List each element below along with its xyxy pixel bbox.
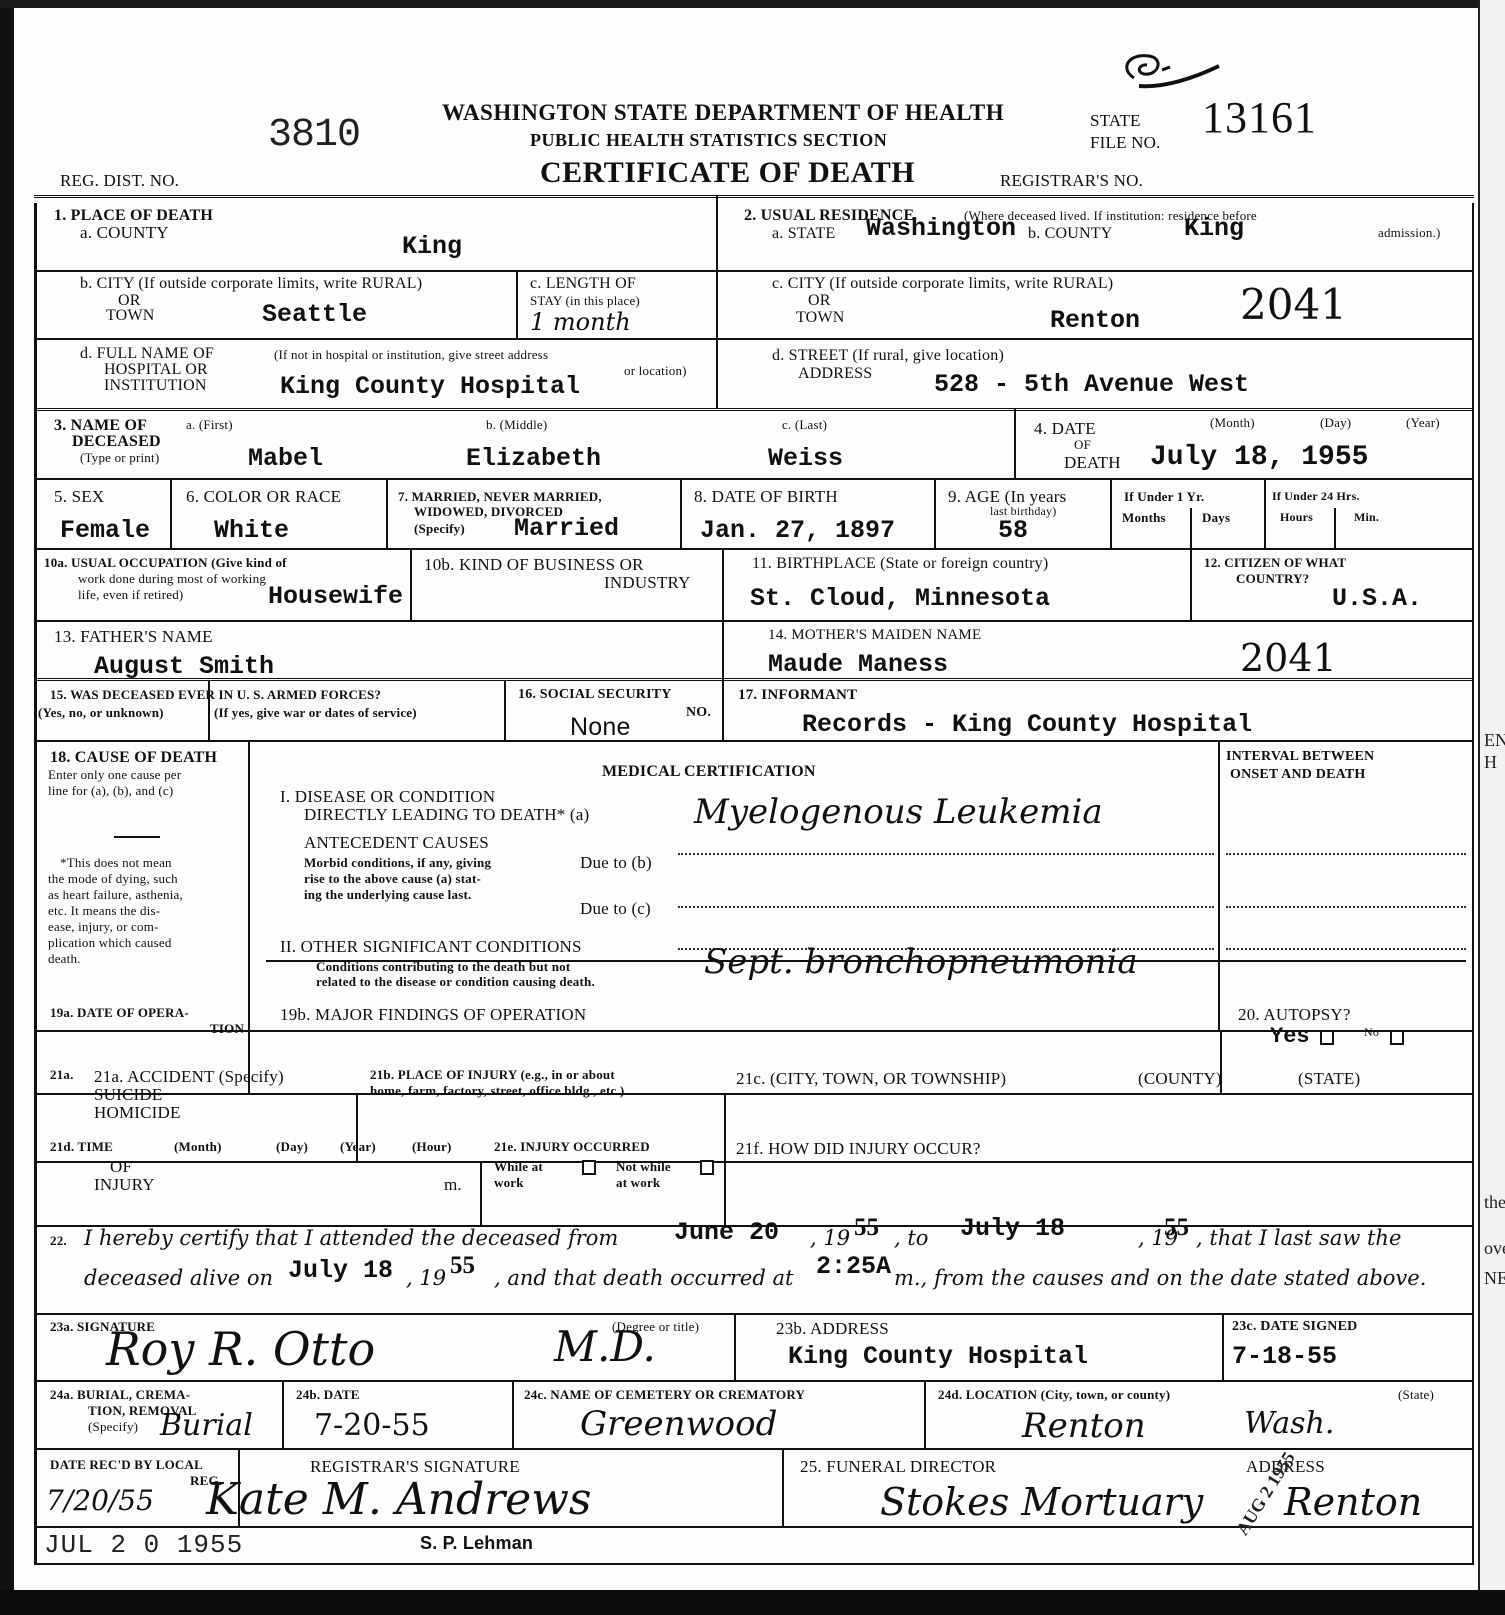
citizen-label-1: 12. CITIZEN OF WHAT <box>1204 556 1346 570</box>
divider <box>34 195 1474 198</box>
city-label: b. CITY (If outside corporate limits, wr… <box>80 276 422 293</box>
ssn-label-1: 16. SOCIAL SECURITY <box>518 688 672 703</box>
section-title: PUBLIC HEALTH STATISTICS SECTION <box>530 130 887 151</box>
age: 58 <box>998 516 1028 545</box>
cause-note-2: the mode of dying, such <box>48 872 178 886</box>
divider <box>114 836 160 838</box>
under-24hrs-label: If Under 24 Hrs. <box>1272 490 1360 503</box>
death-certificate: 3810 REG. DIST. NO. WASHINGTON STATE DEP… <box>14 8 1478 1590</box>
cause-label: 18. CAUSE OF DEATH <box>50 750 217 767</box>
alive-date: July 18 <box>288 1256 393 1285</box>
divider <box>1110 478 1112 548</box>
autopsy-label: 20. AUTOPSY? <box>1238 1006 1351 1024</box>
autopsy-no-label: No <box>1364 1026 1379 1039</box>
divider <box>782 1448 784 1526</box>
name-label-2: DECEASED <box>72 434 161 451</box>
dod-year-label: (Year) <box>1406 416 1440 430</box>
funeral-address: Renton <box>1284 1480 1422 1524</box>
race-label: 6. COLOR OR RACE <box>186 488 341 506</box>
citizenship: U.S.A. <box>1332 584 1422 613</box>
interval-label-2: ONSET AND DEATH <box>1230 768 1366 783</box>
days-label: Days <box>1202 511 1230 525</box>
divider <box>170 478 172 548</box>
not-while-label: Not while <box>616 1160 671 1174</box>
not-while-work-label: at work <box>616 1176 660 1190</box>
alive-year-prefix: , 19 <box>406 1266 446 1290</box>
cause-note-4: etc. It means the dis- <box>48 904 160 918</box>
marital-label-1: 7. MARRIED, NEVER MARRIED, <box>398 490 602 504</box>
divider <box>722 548 724 740</box>
other-conditions: Sept. bronchopneumonia <box>704 942 1138 982</box>
injury-type-label-3: HOMICIDE <box>94 1104 181 1122</box>
file-no-label: FILE NO. <box>1090 134 1161 152</box>
interval-label-1: INTERVAL BETWEEN <box>1226 750 1374 765</box>
city-town: TOWN <box>106 308 155 325</box>
ssn-value: None <box>570 714 631 740</box>
received-date-stamp: JUL 2 0 1955 <box>44 1530 243 1560</box>
middle-name-label: b. (Middle) <box>486 418 547 432</box>
informant-label: 17. INFORMANT <box>738 688 857 704</box>
divider <box>512 1380 514 1448</box>
divider <box>724 1093 726 1225</box>
divider <box>34 1526 1474 1528</box>
divider <box>34 478 1474 480</box>
injury-type-label-1: 21a. ACCIDENT (Specify) <box>94 1068 284 1086</box>
certify-text-4: , and that death occurred at <box>494 1266 793 1290</box>
stay-label-2: STAY (in this place) <box>530 294 640 308</box>
antecedent-2: rise to the above cause (a) stat- <box>304 872 481 886</box>
residence-city-code: 2041 <box>1240 280 1347 329</box>
attended-to-year: 55 <box>1164 1214 1189 1242</box>
residence-county-label: b. COUNTY <box>1028 226 1112 243</box>
father-label: 13. FATHER'S NAME <box>54 628 213 646</box>
interval-b-line <box>1226 906 1466 908</box>
divider <box>34 740 1474 742</box>
dob-label: 8. DATE OF BIRTH <box>694 488 838 506</box>
stay-label: c. LENGTH OF <box>530 276 636 293</box>
physician-signature: Roy R. Otto <box>106 1322 375 1376</box>
cemetery-name: Greenwood <box>580 1404 777 1444</box>
while-at-work-checkbox[interactable] <box>582 1160 596 1175</box>
reg-dist-no-value: 3810 <box>268 113 360 158</box>
divider <box>34 338 1474 340</box>
name-label-3: (Type or print) <box>80 451 159 465</box>
residence-note-2: admission.) <box>1378 226 1441 240</box>
antecedent-label: ANTECEDENT CAUSES <box>304 834 489 852</box>
divider <box>34 1448 1474 1450</box>
injury-place-label-2: home, farm, factory, street, office bldg… <box>370 1084 624 1098</box>
injury-time-label-2: OF <box>110 1158 132 1176</box>
divider <box>1190 548 1192 620</box>
divider <box>34 1161 1474 1163</box>
burial-method: Burial <box>160 1408 253 1443</box>
hospital-note-1: (If not in hospital or institution, give… <box>274 348 548 362</box>
injury-time-label-3: INJURY <box>94 1176 155 1194</box>
sex: Female <box>60 516 150 545</box>
date-received: 7/20/55 <box>46 1484 154 1517</box>
attended-from-date: June 20 <box>674 1218 779 1247</box>
length-of-stay: 1 month <box>530 308 631 336</box>
race: White <box>214 516 289 545</box>
hours-label: Hours <box>1280 511 1313 524</box>
residence-state-label: a. STATE <box>772 226 835 243</box>
dod-label-2: OF <box>1074 438 1091 452</box>
injury-year-label: (Year) <box>340 1140 376 1154</box>
due-to-b-label: Due to (b) <box>580 854 652 872</box>
street-address: 528 - 5th Avenue West <box>934 370 1249 399</box>
cause-instr-2: line for (a), (b), and (c) <box>48 784 173 798</box>
first-name-label: a. (First) <box>186 418 233 432</box>
divider <box>1334 508 1336 548</box>
min-label: Min. <box>1354 511 1379 524</box>
hospital-label-3: INSTITUTION <box>104 378 207 395</box>
dod-label-1: 4. DATE <box>1034 420 1096 438</box>
operation-date-label-1: 19a. DATE OF OPERA- <box>50 1006 189 1020</box>
reg-dist-no-label: REG. DIST. NO. <box>60 172 179 190</box>
dod-day-label: (Day) <box>1320 416 1351 430</box>
divider <box>282 1380 284 1448</box>
part2-sub-2: related to the disease or condition caus… <box>316 975 595 989</box>
injury-day-label: (Day) <box>276 1140 308 1154</box>
margin-fragment: the <box>1484 1192 1505 1213</box>
margin-fragment: H <box>1484 752 1497 773</box>
occupation: Housewife <box>268 582 403 611</box>
dod-label-3: DEATH <box>1064 454 1121 472</box>
injury-state-label: (STATE) <box>1298 1070 1360 1088</box>
divider <box>934 478 936 548</box>
hospital-note-2: or location) <box>624 364 687 378</box>
autopsy-yes-label: Yes <box>1270 1024 1310 1049</box>
business-label-2: INDUSTRY <box>604 574 691 592</box>
divider <box>1264 478 1266 548</box>
certify-text-3: deceased alive on <box>84 1266 273 1290</box>
injury-time-label-1: 21d. TIME <box>50 1140 113 1154</box>
divider <box>34 1380 1474 1382</box>
certify-text-5: m., from the causes and on the date stat… <box>894 1266 1426 1290</box>
divider <box>34 1313 1474 1315</box>
marital-status: Married <box>514 514 619 543</box>
cause-note-3: as heart failure, asthenia, <box>48 888 183 902</box>
mother-code: 2041 <box>1240 636 1337 680</box>
antecedent-3: ing the underlying cause last. <box>304 888 471 902</box>
death-county: King <box>402 232 462 261</box>
cert-address-label: 23b. ADDRESS <box>776 1320 889 1338</box>
father-name: August Smith <box>94 652 274 681</box>
burial-state: Wash. <box>1244 1406 1334 1441</box>
last-name-label: c. (Last) <box>782 418 827 432</box>
not-while-at-work-checkbox[interactable] <box>700 1160 714 1175</box>
injury-type-num: 21a. <box>50 1068 74 1082</box>
mother-label: 14. MOTHER'S MAIDEN NAME <box>768 628 981 644</box>
residence-city-label: c. CITY (If outside corporate limits, wr… <box>772 276 1113 293</box>
attended-to-date: July 18 <box>960 1214 1065 1243</box>
birthplace-label: 11. BIRTHPLACE (State or foreign country… <box>752 556 1048 573</box>
physician-degree: M.D. <box>554 1322 656 1371</box>
occupation-label-2: work done during most of working <box>78 572 266 586</box>
hospital-name: King County Hospital <box>280 372 580 401</box>
antecedent-1: Morbid conditions, if any, giving <box>304 856 491 870</box>
marital-label-3: (Specify) <box>414 522 465 536</box>
burial-date-label: 24b. DATE <box>296 1388 360 1402</box>
mother-name: Maude Maness <box>768 650 948 679</box>
operation-findings-label: 19b. MAJOR FINDINGS OF OPERATION <box>280 1006 586 1024</box>
dod-month-label: (Month) <box>1210 416 1255 430</box>
sex-label: 5. SEX <box>54 488 104 506</box>
date-of-birth: Jan. 27, 1897 <box>700 516 895 545</box>
injury-type-label-2: SUICIDE <box>94 1086 162 1104</box>
injury-occurred-label: 21e. INJURY OCCURRED <box>494 1140 650 1154</box>
scan-top-edge <box>0 0 1505 8</box>
cause-note-1: *This does not mean <box>60 856 172 870</box>
interval-a-line <box>1226 853 1466 855</box>
armed-sub-2: (If yes, give war or dates of service) <box>214 706 417 720</box>
while-work-label: work <box>494 1176 524 1190</box>
date-recd-label: DATE REC'D BY LOCAL <box>50 1458 203 1472</box>
divider <box>34 270 1474 272</box>
while-at-work-label: While at <box>494 1160 543 1174</box>
cause-a-line <box>678 853 1214 855</box>
alive-year: 55 <box>450 1252 475 1280</box>
divider <box>248 740 250 1030</box>
divider <box>504 680 506 740</box>
divider <box>410 548 412 620</box>
date-signed-label: 23c. DATE SIGNED <box>1232 1320 1357 1335</box>
injury-month-label: (Month) <box>174 1140 222 1154</box>
interval-c-line <box>1226 948 1466 950</box>
how-injury-label: 21f. HOW DID INJURY OCCUR? <box>736 1140 981 1158</box>
first-name: Mabel <box>248 444 323 473</box>
divider <box>1014 408 1016 478</box>
attended-from-year: 55 <box>854 1214 879 1242</box>
months-label: Months <box>1122 511 1166 525</box>
state-file-no: 13161 <box>1202 92 1317 143</box>
cause-note-5: ease, injury, or com- <box>48 920 159 934</box>
funeral-director: Stokes Mortuary <box>880 1480 1203 1524</box>
divider <box>386 478 388 548</box>
cause-note-6: plication which caused <box>48 936 172 950</box>
divider <box>516 270 518 338</box>
burial-location-label: 24d. LOCATION (City, town, or county) <box>938 1388 1170 1402</box>
registrar-signature: Kate M. Andrews <box>206 1474 591 1525</box>
injury-county-label: (COUNTY) <box>1138 1070 1222 1088</box>
armed-sub-1: (Yes, no, or unknown) <box>38 706 164 720</box>
divider <box>480 1161 482 1225</box>
armed-label: 15. WAS DECEASED EVER IN U. S. ARMED FOR… <box>50 688 381 702</box>
margin-fragment: EN <box>1484 730 1505 751</box>
citizen-label-2: COUNTRY? <box>1236 572 1309 586</box>
cause-note-7: death. <box>48 952 81 966</box>
burial-label-3: (Specify) <box>88 1420 138 1434</box>
registrars-no-label: REGISTRAR'S NO. <box>1000 172 1143 190</box>
divider <box>34 1030 1474 1032</box>
operation-date-label-2: TION <box>210 1022 244 1036</box>
divider <box>1222 1313 1224 1380</box>
divider <box>34 408 1474 411</box>
birthplace: St. Cloud, Minnesota <box>750 584 1050 613</box>
scan-bottom-edge <box>0 1590 1505 1615</box>
cause-instr-1: Enter only one cause per <box>48 768 181 782</box>
injury-m-label: m. <box>444 1176 462 1194</box>
cemetery-label: 24c. NAME OF CEMETERY OR CREMATORY <box>524 1388 805 1402</box>
injury-location-label: 21c. (CITY, TOWN, OR TOWNSHIP) <box>736 1070 1006 1088</box>
to-word: , to <box>894 1226 928 1250</box>
adjacent-page-edge: EN H the ove NE <box>1478 0 1505 1615</box>
divider <box>34 1093 1474 1095</box>
autopsy-yes-checkbox[interactable] <box>1320 1030 1334 1045</box>
margin-fragment: ove <box>1484 1238 1505 1259</box>
cause-b-line <box>678 906 1214 908</box>
business-label-1: 10b. KIND OF BUSINESS OR <box>424 556 644 574</box>
death-city: Seattle <box>262 300 367 329</box>
residence-city: Renton <box>1050 306 1140 335</box>
under-1yr-label: If Under 1 Yr. <box>1124 490 1204 504</box>
burial-label-1: 24a. BURIAL, CREMA- <box>50 1388 190 1402</box>
margin-fragment: NE <box>1484 1268 1505 1289</box>
occupation-label-1: 10a. USUAL OCCUPATION (Give kind of <box>44 556 287 570</box>
medical-cert-title: MEDICAL CERTIFICATION <box>602 764 816 781</box>
divider <box>34 620 1474 622</box>
informant: Records - King County Hospital <box>802 710 1252 739</box>
due-to-c-label: Due to (c) <box>580 900 651 918</box>
divider <box>924 1380 926 1448</box>
date-signed: 7-18-55 <box>1232 1342 1337 1371</box>
autopsy-no-checkbox[interactable] <box>1390 1030 1404 1045</box>
from-year-prefix: , 19 <box>810 1226 850 1250</box>
residence-state: Washington <box>866 214 1016 243</box>
street-label-2: ADDRESS <box>798 366 872 383</box>
ssn-label-2: NO. <box>686 706 711 721</box>
street-label: d. STREET (If rural, give location) <box>772 348 1004 365</box>
state-label: STATE <box>1090 112 1141 130</box>
date-of-death: July 18, 1955 <box>1150 442 1368 473</box>
part1-label-2: DIRECTLY LEADING TO DEATH* (a) <box>304 806 589 824</box>
part2-label: II. OTHER SIGNIFICANT CONDITIONS <box>280 938 582 956</box>
funeral-director-label: 25. FUNERAL DIRECTOR <box>800 1458 996 1476</box>
burial-state-label: (State) <box>1398 1388 1434 1402</box>
certify-num: 22. <box>50 1234 67 1248</box>
page-title: CERTIFICATE OF DEATH <box>540 156 915 190</box>
residence-county: King <box>1184 214 1244 243</box>
scan-left-edge <box>0 0 14 1615</box>
divider <box>716 195 718 408</box>
burial-date: 7-20-55 <box>314 1408 430 1443</box>
cert-address: King County Hospital <box>788 1342 1088 1371</box>
part1-label-1: I. DISEASE OR CONDITION <box>280 788 495 806</box>
divider <box>680 478 682 548</box>
injury-hour-label: (Hour) <box>412 1140 451 1154</box>
residence-city-or: OR <box>808 293 831 310</box>
injury-place-label-1: 21b. PLACE OF INJURY (e.g., in or about <box>370 1068 615 1082</box>
divider <box>1190 508 1192 548</box>
occupation-label-3: life, even if retired) <box>78 588 183 602</box>
divider <box>734 1313 736 1380</box>
death-time: 2:25A <box>816 1252 891 1281</box>
certify-text-2: , that I last saw the <box>1196 1226 1401 1250</box>
department-title: WASHINGTON STATE DEPARTMENT OF HEALTH <box>442 100 1004 126</box>
burial-location: Renton <box>1022 1406 1146 1446</box>
certify-text-1: I hereby certify that I attended the dec… <box>84 1226 618 1250</box>
divider <box>1218 740 1220 1030</box>
county-label: a. COUNTY <box>80 224 169 242</box>
middle-name: Elizabeth <box>466 444 601 473</box>
divider <box>34 548 1474 550</box>
part2-sub-1: Conditions contributing to the death but… <box>316 960 570 974</box>
last-name: Weiss <box>768 444 843 473</box>
state-registrar-stamp: S. P. Lehman <box>420 1534 533 1553</box>
residence-city-town: TOWN <box>796 310 845 327</box>
cause-a: Myelogenous Leukemia <box>694 792 1103 832</box>
